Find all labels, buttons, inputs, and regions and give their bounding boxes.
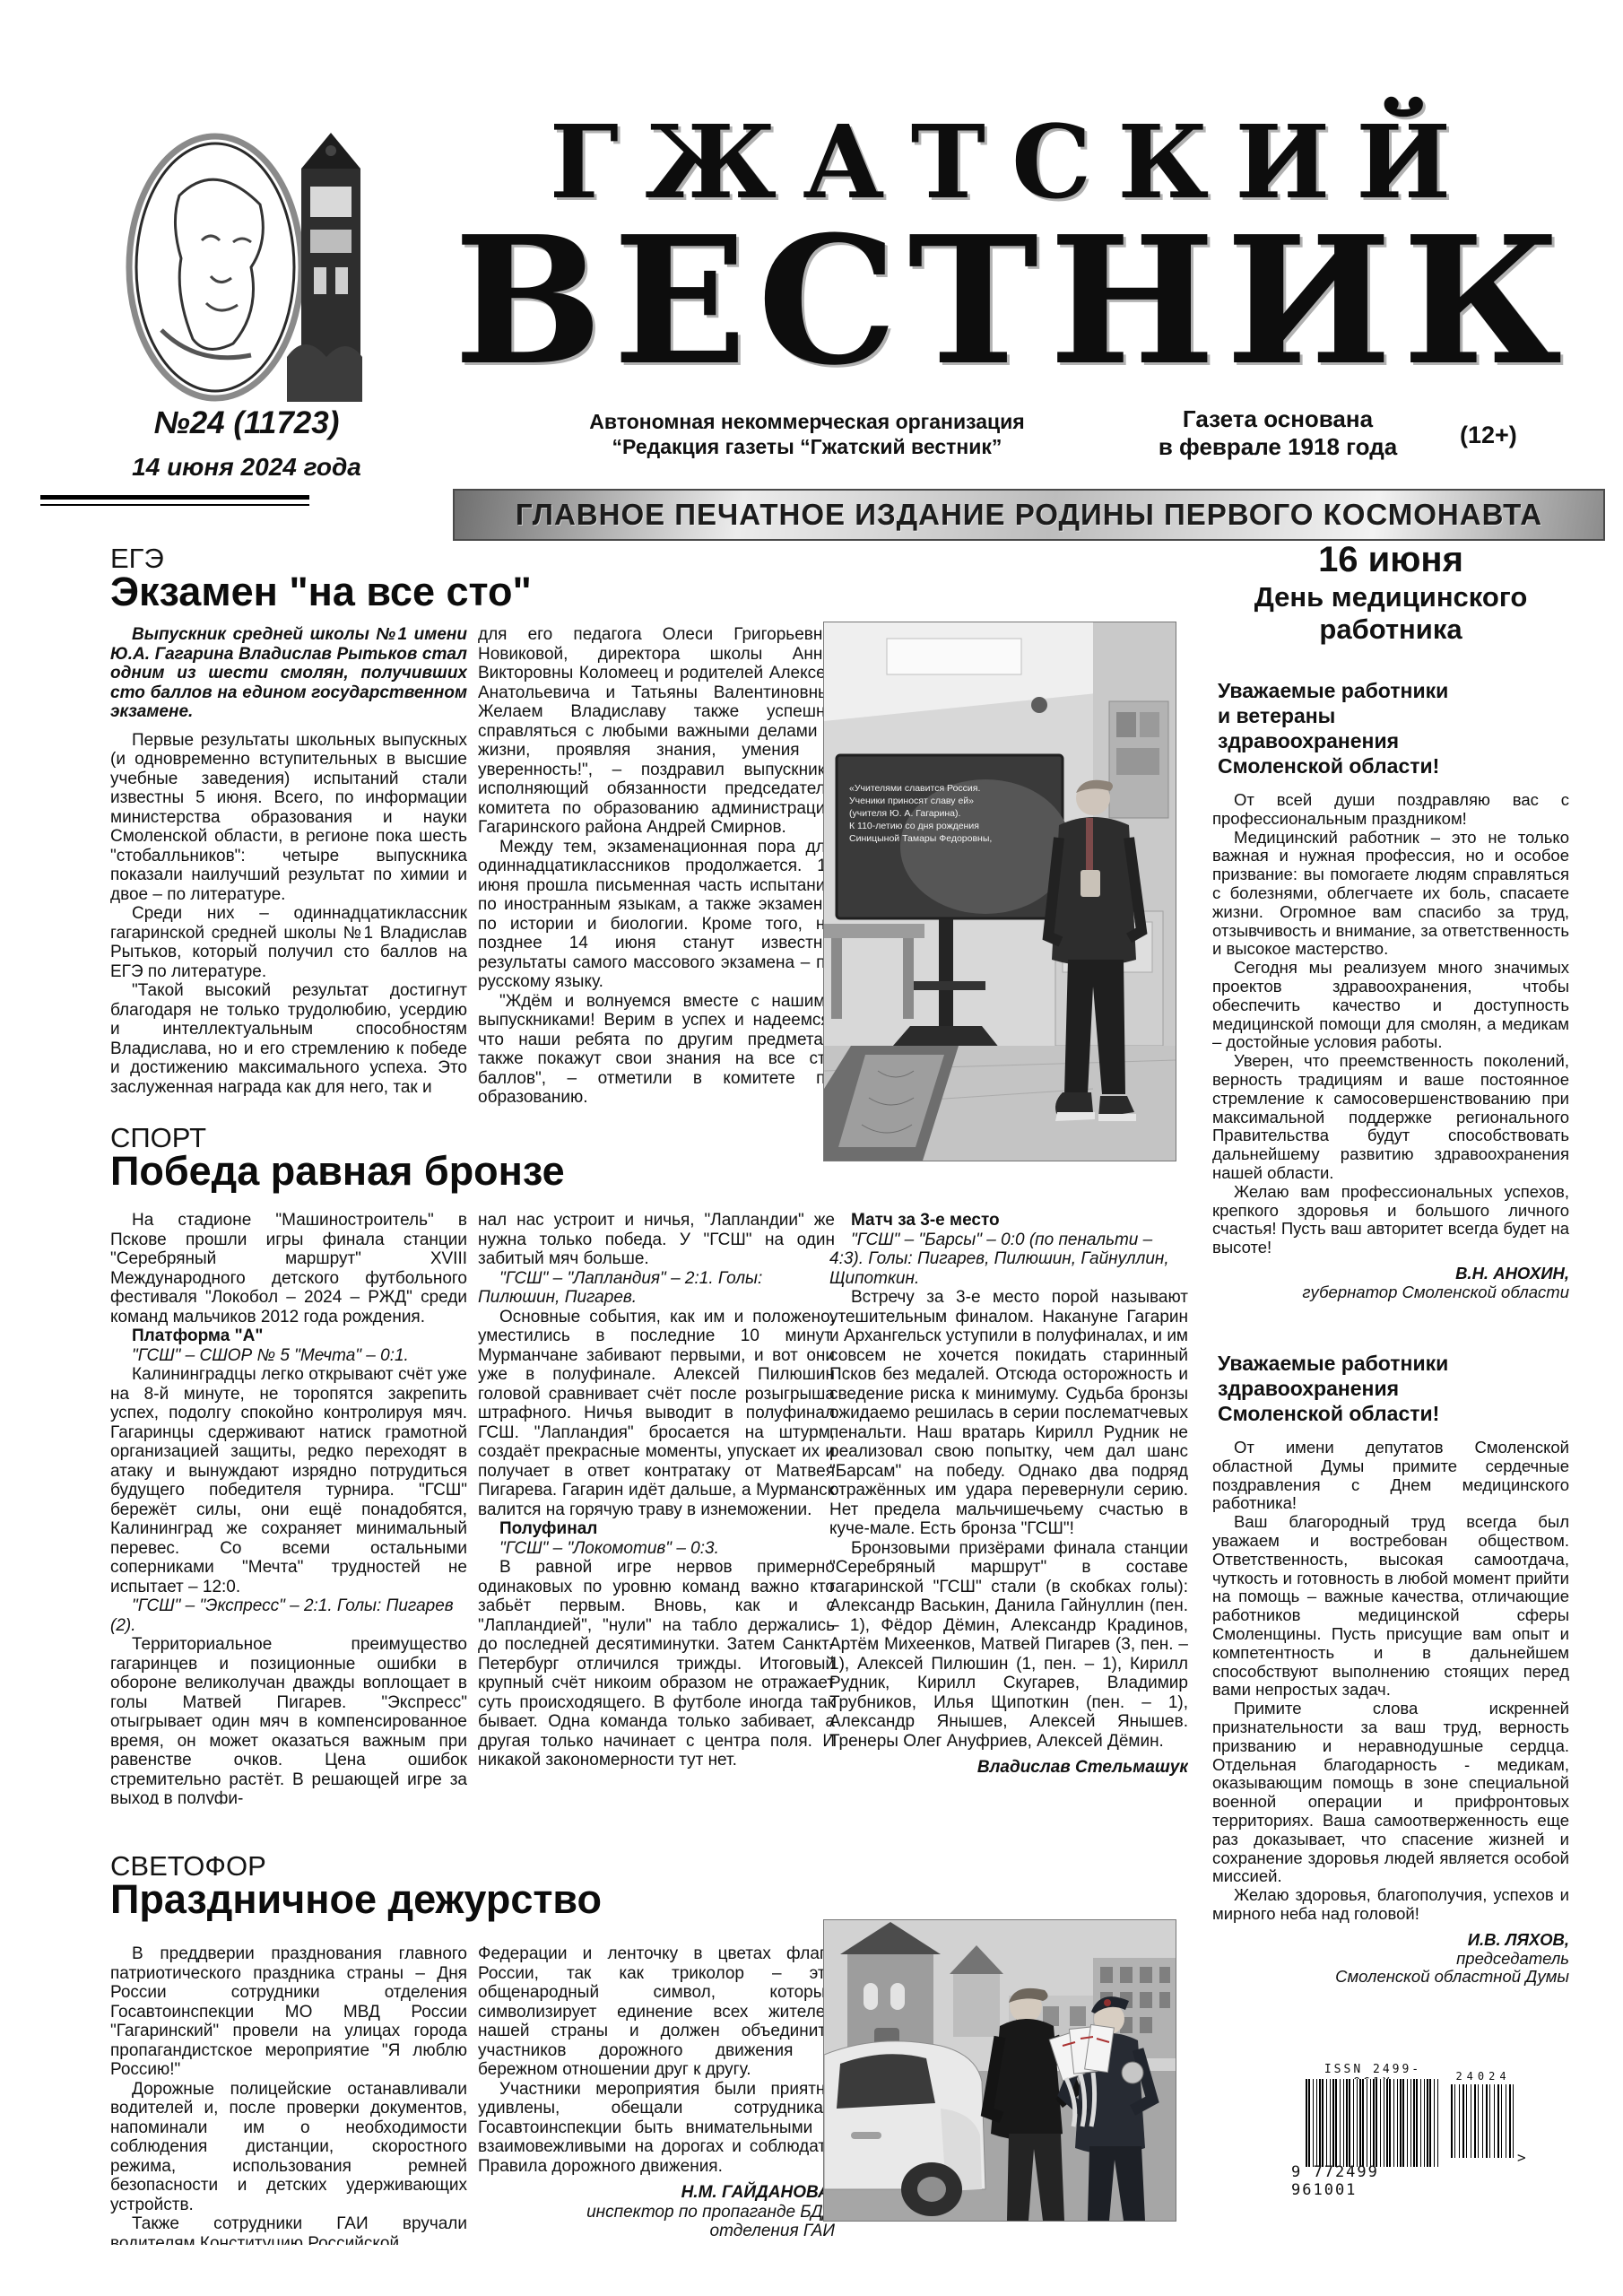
article-sport-headline: Победа равная бронзе	[110, 1150, 917, 1193]
article-ege-column-2: для его педагога Олеси Григорьевны Новик…	[478, 625, 835, 1150]
issn-barcode: ISSN 2499-961X 9 772499 961001 24024 >	[1298, 2063, 1567, 2197]
caption-line: «Учителями славится Россия.	[849, 782, 1046, 795]
gagarin-logo	[126, 133, 399, 402]
governor-greeting-text: От всей души поздравляю вас с профессион…	[1212, 791, 1569, 1302]
slogan-text: ГЛАВНОЕ ПЕЧАТНОЕ ИЗДАНИЕ РОДИНЫ ПЕРВОГО …	[516, 498, 1542, 532]
paragraph: "ГСШ" – "Лапландия" – 2:1. Голы: Пилюшин…	[478, 1269, 835, 1308]
governor-salutation: Уважаемые работники и ветераны здравоохр…	[1218, 678, 1569, 778]
article-svetofor-column-1: В преддверии празднования главного патри…	[110, 1944, 467, 2245]
duma-greeting-text: От имени депутатов Смоленской областной …	[1212, 1439, 1569, 1987]
paragraph: нал нас устроит и ничья, "Лапландии" же …	[478, 1211, 835, 1269]
paragraph: председатель	[1212, 1950, 1569, 1969]
paragraph: "ГСШ" – СШОР № 5 "Мечта" – 0:1.	[110, 1346, 467, 1366]
paragraph: Смоленской областной Думы	[1212, 1968, 1569, 1987]
paragraph: Встречу за 3-е место порой называют утеш…	[829, 1288, 1188, 1539]
article-sport-column-1: На стадионе "Машиностроитель" в Пскове п…	[110, 1211, 467, 1805]
photo-svetofor-scene	[824, 1920, 1176, 2221]
founded-line2: в феврале 1918 года	[1125, 433, 1430, 461]
barcode-addon-digits: 24024	[1451, 2070, 1515, 2083]
publisher-info: Автономная некоммерческая организация “Р…	[484, 409, 1130, 459]
paragraph: Примите слова искренней признательности …	[1212, 1700, 1569, 1886]
medical-day-title: День медицинского работника	[1212, 581, 1569, 646]
barcode-bars	[1306, 2079, 1440, 2167]
photo-svetofor-police	[823, 1919, 1176, 2222]
paragraph: Матч за 3-е место	[829, 1211, 1188, 1231]
header-divider	[40, 495, 309, 506]
caption-line: Ученики приносят славу ей»	[849, 795, 1046, 807]
paragraph: В равной игре нервов примерно одинаковых…	[478, 1558, 835, 1770]
barcode-addon-bars	[1451, 2084, 1514, 2158]
governor-greeting: Уважаемые работники и ветераны здравоохр…	[1212, 678, 1569, 1302]
paragraph: Бронзовыми призёрами финала станции "Сер…	[829, 1539, 1188, 1752]
paragraph: Сегодня мы реализуем много значимых прое…	[1212, 959, 1569, 1052]
masthead-word-vestnik: ВЕСТНИК	[408, 213, 1619, 389]
article-sport-column-3: Матч за 3-е место"ГСШ" – "Барсы" – 0:0 (…	[829, 1211, 1188, 1805]
paragraph: В.Н. АНОХИН,	[1212, 1265, 1569, 1283]
paragraph: "Такой высокий результат достигнут благо…	[110, 981, 467, 1097]
paragraph: Федерации и ленточку в цветах флага Росс…	[478, 1944, 835, 2080]
barcode-digits: 9 772499 961001	[1291, 2163, 1444, 2199]
paragraph: Желаю здоровья, благополучия, успехов и …	[1212, 1886, 1569, 1924]
paragraph: для его педагога Олеси Григорьевны Новик…	[478, 625, 835, 838]
caption-line: Синицыной Тамары Федоровны,	[849, 832, 1046, 845]
paragraph: Ваш благородный труд всегда был уважаем …	[1212, 1513, 1569, 1700]
founded-info: Газета основана в феврале 1918 года	[1125, 405, 1430, 461]
paragraph: Полуфинал	[478, 1519, 835, 1539]
paragraph: губернатор Смоленской области	[1212, 1283, 1569, 1302]
paragraph: Территориальное преимущество гагаринцев …	[110, 1635, 467, 1805]
article-ege-headline: Экзамен "на все сто"	[110, 570, 846, 613]
paragraph: Калининградцы легко открывают счёт уже н…	[110, 1365, 467, 1596]
paragraph: отделения ГАИ	[478, 2222, 835, 2241]
paragraph: "ГСШ" – "Локомотив" – 0:3.	[478, 1539, 835, 1559]
paragraph: Медицинский работник – это не только важ…	[1212, 829, 1569, 960]
issue-date: 14 июня 2024 года	[85, 452, 408, 483]
slogan-banner: ГЛАВНОЕ ПЕЧАТНОЕ ИЗДАНИЕ РОДИНЫ ПЕРВОГО …	[453, 489, 1605, 541]
age-rating-badge: (12+)	[1460, 422, 1576, 449]
paragraph: Основные события, как им и положено, уме…	[478, 1308, 835, 1520]
paragraph: Владислав Стельмашук	[829, 1758, 1188, 1778]
photo-ege-student: «Учителями славится Россия. Ученики прин…	[823, 622, 1176, 1161]
paragraph: Первые результаты школьных выпускных (и …	[110, 731, 467, 905]
article-svetofor-column-2: Федерации и ленточку в цветах флага Росс…	[478, 1944, 835, 2245]
paragraph: От всей души поздравляю вас с профессион…	[1212, 791, 1569, 829]
photo-ege-scene	[824, 622, 1176, 1161]
duma-greeting: Уважаемые работники здравоохранения Смол…	[1212, 1351, 1569, 1987]
article-svetofor-headline: Праздничное дежурство	[110, 1878, 917, 1921]
issue-info: №24 (11723) 14 июня 2024 года	[85, 405, 408, 483]
paragraph: инспектор по пропаганде БДД	[478, 2203, 835, 2222]
barcode-gt-mark: >	[1517, 2149, 1526, 2166]
paragraph: Также сотрудники ГАИ вручали водителям К…	[110, 2214, 467, 2245]
paragraph: Среди них – одиннадцатиклассник гагаринс…	[110, 904, 467, 981]
medical-day-date: 16 июня	[1212, 541, 1569, 578]
paragraph: Уверен, что преемственность поколений, в…	[1212, 1052, 1569, 1183]
paragraph: И.В. ЛЯХОВ,	[1212, 1931, 1569, 1950]
article-sport-column-2: нал нас устроит и ничья, "Лапландии" же …	[478, 1211, 835, 1805]
founded-line1: Газета основана	[1125, 405, 1430, 433]
issue-number: №24 (11723)	[85, 405, 408, 441]
paragraph: Выпускник средней школы №1 имени Ю.А. Га…	[110, 625, 467, 722]
paragraph: Платформа "А"	[110, 1326, 467, 1346]
publisher-line1: Автономная некоммерческая организация	[484, 409, 1130, 434]
paragraph: Между тем, экзаменационная пора для один…	[478, 838, 835, 992]
paragraph: "Ждём и волнуемся вместе с нашими выпуск…	[478, 992, 835, 1108]
photo-screen-caption: «Учителями славится Россия. Ученики прин…	[849, 782, 1046, 845]
duma-salutation: Уважаемые работники здравоохранения Смол…	[1218, 1351, 1569, 1426]
paragraph: Н.М. ГАЙДАНОВА,	[478, 2183, 835, 2203]
paragraph: "ГСШ" – "Экспресс" – 2:1. Голы: Пигарев …	[110, 1596, 467, 1635]
paragraph: Желаю вам профессиональных успехов, креп…	[1212, 1183, 1569, 1257]
paragraph: Дорожные полицейские останавливали водит…	[110, 2080, 467, 2215]
caption-line: К 110-летию со дня рождения	[849, 820, 1046, 832]
paragraph: На стадионе "Машиностроитель" в Пскове п…	[110, 1211, 467, 1326]
paragraph: От имени депутатов Смоленской областной …	[1212, 1439, 1569, 1513]
paragraph: "ГСШ" – "Барсы" – 0:0 (по пенальти – 4:3…	[829, 1231, 1188, 1289]
newspaper-front-page: ГЖАТСКИЙ ВЕСТНИК Автономная некоммерческ…	[0, 0, 1623, 2296]
paragraph: В преддверии празднования главного патри…	[110, 1944, 467, 2080]
article-ege-column-1: Выпускник средней школы №1 имени Ю.А. Га…	[110, 625, 467, 1124]
caption-line: (учителя Ю. А. Гагарина).	[849, 807, 1046, 820]
paragraph: Участники мероприятия были приятно удивл…	[478, 2080, 835, 2177]
publisher-line2: “Редакция газеты “Гжатский вестник”	[484, 434, 1130, 459]
